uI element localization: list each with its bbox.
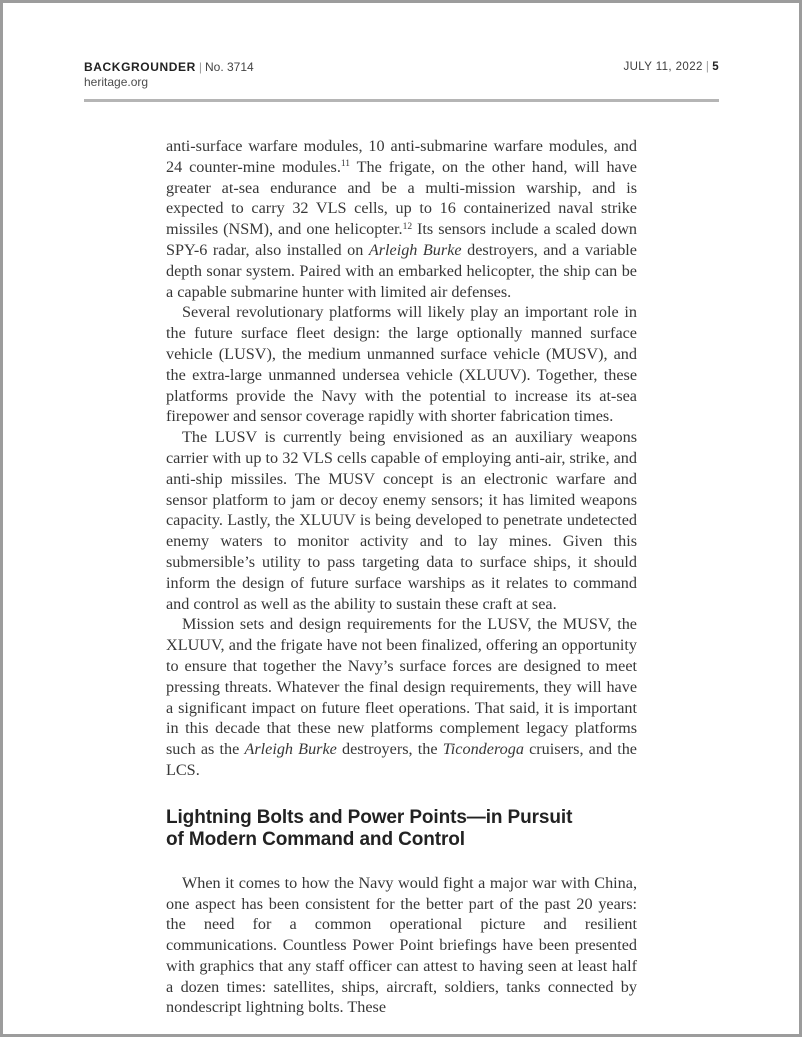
italic-ship-name: Ticonderoga — [443, 740, 524, 758]
header-left: BACKGROUNDER|No. 3714 heritage.org — [84, 60, 254, 90]
body-paragraph: Several revolutionary platforms will lik… — [166, 302, 637, 427]
document-page: BACKGROUNDER|No. 3714 heritage.org JULY … — [0, 0, 802, 1037]
article-body: anti-surface warfare modules, 10 anti-su… — [166, 136, 637, 1018]
body-paragraph: anti-surface warfare modules, 10 anti-su… — [166, 136, 637, 302]
page-header: BACKGROUNDER|No. 3714 heritage.org JULY … — [84, 60, 719, 90]
header-separator: | — [703, 61, 712, 73]
body-paragraph: The LUSV is currently being envisioned a… — [166, 427, 637, 614]
footnote-reference: 12 — [403, 222, 413, 232]
body-paragraph: Mission sets and design requirements for… — [166, 614, 637, 780]
website-url: heritage.org — [84, 75, 254, 90]
italic-ship-name: Arleigh Burke — [244, 740, 336, 758]
issue-number: No. 3714 — [205, 60, 254, 74]
header-right: JULY 11, 2022|5 — [623, 60, 719, 73]
page-number: 5 — [712, 61, 719, 73]
body-paragraph: When it comes to how the Navy would figh… — [166, 873, 637, 1019]
publication-date: JULY 11, 2022 — [623, 61, 702, 73]
section-heading: Lightning Bolts and Power Points—in Purs… — [166, 807, 637, 852]
publication-title: BACKGROUNDER — [84, 60, 196, 74]
header-separator: | — [196, 60, 205, 74]
footnote-reference: 11 — [341, 159, 350, 169]
page-content: BACKGROUNDER|No. 3714 heritage.org JULY … — [3, 3, 799, 1018]
italic-ship-name: Arleigh Burke — [369, 241, 462, 259]
header-rule — [84, 99, 719, 102]
publication-line: BACKGROUNDER|No. 3714 — [84, 60, 254, 75]
